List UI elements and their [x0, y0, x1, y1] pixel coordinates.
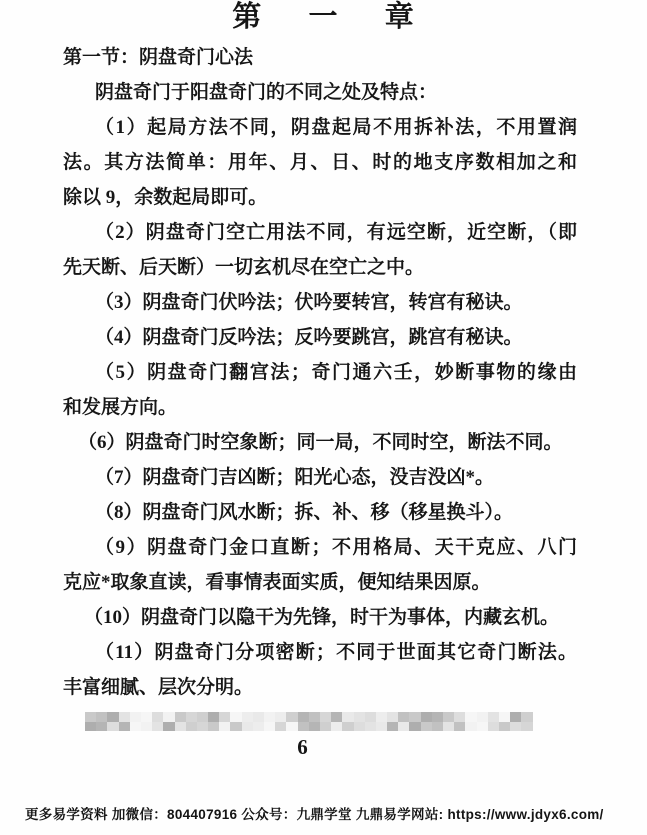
watermark-block: [107, 722, 118, 732]
watermark-block: [521, 722, 532, 732]
watermark-block: [175, 722, 186, 732]
watermark-block: [175, 712, 186, 722]
watermark-block: [331, 722, 342, 732]
watermark-block: [342, 712, 353, 722]
footer-text: 更多易学资料 加微信：804407916 公众号：九鼎学堂 九鼎易学网站:: [25, 807, 447, 822]
text-line: （10）阴盘奇门以隐干为先锋，时干为事体，内藏玄机。: [63, 600, 577, 635]
text-line: （5）阴盘奇门翻宫法；奇门通六壬，妙断事物的缘由: [63, 355, 577, 390]
paragraph: （7）阴盘奇门吉凶断；阳光心态，没吉没凶*。: [63, 460, 577, 495]
text-line: （2）阴盘奇门空亡用法不同，有远空断，近空断，（即: [63, 215, 577, 250]
watermark-block: [421, 722, 432, 732]
watermark-block: [208, 722, 219, 732]
watermark-block: [286, 722, 297, 732]
paragraph: （1）起局方法不同，阴盘起局不用拆补法，不用置润法。其方法简单：用年、月、日、时…: [63, 110, 577, 215]
watermark-block: [163, 722, 174, 732]
watermark-block: [264, 722, 275, 732]
text-line: （8）阴盘奇门风水断；拆、补、移（移星换斗）。: [63, 495, 577, 530]
watermark-block: [219, 722, 230, 732]
text-line: 丰富细腻、层次分明。: [63, 670, 577, 705]
watermark-block: [275, 712, 286, 722]
watermark-block: [152, 722, 163, 732]
watermark-block: [320, 722, 331, 732]
watermark-block: [488, 722, 499, 732]
watermark-block: [499, 722, 510, 732]
watermark-block: [454, 712, 465, 722]
watermark-block: [230, 722, 241, 732]
text-line: （4）阴盘奇门反吟法；反吟要跳宫，跳宫有秘诀。: [63, 320, 577, 355]
watermark-block: [186, 712, 197, 722]
watermark-block: [286, 712, 297, 722]
text-line: （1）起局方法不同，阴盘起局不用拆补法，不用置润: [63, 110, 577, 145]
watermark-block: [365, 722, 376, 732]
text-line: 和发展方向。: [63, 390, 577, 425]
watermark-block: [465, 722, 476, 732]
text-line: 先天断、后天断）一切玄机尽在空亡之中。: [63, 250, 577, 285]
footer-url: https://www.jdyx6.com/: [447, 807, 603, 822]
watermark-block: [521, 712, 532, 722]
watermark-block: [510, 712, 521, 722]
watermark-block: [119, 722, 130, 732]
watermark-block: [253, 712, 264, 722]
text-line: （7）阴盘奇门吉凶断；阳光心态，没吉没凶*。: [63, 460, 577, 495]
body-text: 第一节：阴盘奇门心法 阴盘奇门于阳盘奇门的不同之处及特点：（1）起局方法不同，阴…: [63, 40, 577, 705]
watermark-block: [443, 722, 454, 732]
paragraph: （5）阴盘奇门翻宫法；奇门通六壬，妙断事物的缘由和发展方向。: [63, 355, 577, 425]
watermark-block: [499, 712, 510, 722]
watermark-block: [152, 712, 163, 722]
text-line: 克应*取象直读，看事情表面实质，便知结果因原。: [63, 565, 577, 600]
watermark-block: [365, 712, 376, 722]
watermark-block: [398, 722, 409, 732]
paragraph: （2）阴盘奇门空亡用法不同，有远空断，近空断，（即先天断、后天断）一切玄机尽在空…: [63, 215, 577, 285]
watermark-block: [376, 712, 387, 722]
paragraph: （8）阴盘奇门风水断；拆、补、移（移星换斗）。: [63, 495, 577, 530]
page-number: 6: [0, 735, 626, 760]
watermark-block: [477, 722, 488, 732]
watermark-block: [253, 722, 264, 732]
text-line: （3）阴盘奇门伏吟法；伏吟要转宫，转宫有秘诀。: [63, 285, 577, 320]
watermark-block: [230, 712, 241, 722]
watermark-block: [107, 712, 118, 722]
watermark-block: [331, 712, 342, 722]
watermark-block: [298, 712, 309, 722]
watermark-block: [432, 712, 443, 722]
watermark-block: [309, 712, 320, 722]
watermark-block: [264, 712, 275, 722]
watermark-block: [432, 722, 443, 732]
section-heading: 第一节：阴盘奇门心法: [63, 40, 577, 75]
text-line: （9）阴盘奇门金口直断；不用格局、天干克应、八门: [63, 530, 577, 565]
text-line: 阴盘奇门于阳盘奇门的不同之处及特点：: [63, 75, 577, 110]
watermark-block: [465, 712, 476, 722]
watermark-block: [197, 712, 208, 722]
watermark-block: [208, 712, 219, 722]
watermark-block: [510, 722, 521, 732]
watermark-block: [376, 722, 387, 732]
paragraph: （4）阴盘奇门反吟法；反吟要跳宫，跳宫有秘诀。: [63, 320, 577, 355]
redacted-watermark: [85, 712, 533, 731]
watermark-block: [342, 722, 353, 732]
watermark-block: [443, 712, 454, 722]
watermark-block: [96, 722, 107, 732]
watermark-block: [409, 712, 420, 722]
watermark-block: [163, 712, 174, 722]
text-line: 法。其方法简单：用年、月、日、时的地支序数相加之和: [63, 145, 577, 180]
watermark-block: [242, 712, 253, 722]
watermark-block: [398, 712, 409, 722]
watermark-block: [477, 712, 488, 722]
paragraph: （10）阴盘奇门以隐干为先锋，时干为事体，内藏玄机。: [63, 600, 577, 635]
text-line: 除以 9，余数起局即可。: [63, 180, 577, 215]
watermark-block: [309, 722, 320, 732]
watermark-block: [85, 712, 96, 722]
watermark-block: [242, 722, 253, 732]
watermark-block: [219, 712, 230, 722]
watermark-block: [421, 712, 432, 722]
watermark-block: [130, 722, 141, 732]
paragraph: （11）阴盘奇门分项密断；不同于世面其它奇门断法。丰富细腻、层次分明。: [63, 635, 577, 705]
watermark-block: [275, 722, 286, 732]
text-line: （11）阴盘奇门分项密断；不同于世面其它奇门断法。: [63, 635, 577, 670]
chapter-title: 第 一 章: [0, 0, 647, 34]
paragraph: （3）阴盘奇门伏吟法；伏吟要转宫，转宫有秘诀。: [63, 285, 577, 320]
paragraph: （9）阴盘奇门金口直断；不用格局、天干克应、八门克应*取象直读，看事情表面实质，…: [63, 530, 577, 600]
watermark-block: [119, 712, 130, 722]
document-page: 第 一 章 第一节：阴盘奇门心法 阴盘奇门于阳盘奇门的不同之处及特点：（1）起局…: [0, 0, 647, 835]
watermark-block: [387, 712, 398, 722]
text-line: （6）阴盘奇门时空象断；同一局，不同时空，断法不同。: [63, 425, 577, 460]
watermark-block: [387, 722, 398, 732]
watermark-block: [298, 722, 309, 732]
watermark-block: [197, 722, 208, 732]
watermark-block: [488, 712, 499, 722]
paragraph: （6）阴盘奇门时空象断；同一局，不同时空，断法不同。: [63, 425, 577, 460]
watermark-block: [454, 722, 465, 732]
paragraphs: 阴盘奇门于阳盘奇门的不同之处及特点：（1）起局方法不同，阴盘起局不用拆补法，不用…: [63, 75, 577, 705]
paragraph: 阴盘奇门于阳盘奇门的不同之处及特点：: [63, 75, 577, 110]
watermark-block: [186, 722, 197, 732]
watermark-block: [354, 722, 365, 732]
watermark-block: [409, 722, 420, 732]
watermark-block: [320, 712, 331, 722]
watermark-block: [130, 712, 141, 722]
watermark-block: [141, 722, 152, 732]
watermark-block: [354, 712, 365, 722]
watermark-block: [85, 722, 96, 732]
watermark-block: [141, 712, 152, 722]
watermark-block: [96, 712, 107, 722]
footer-note: 更多易学资料 加微信：804407916 公众号：九鼎学堂 九鼎易学网站: ht…: [25, 803, 604, 823]
